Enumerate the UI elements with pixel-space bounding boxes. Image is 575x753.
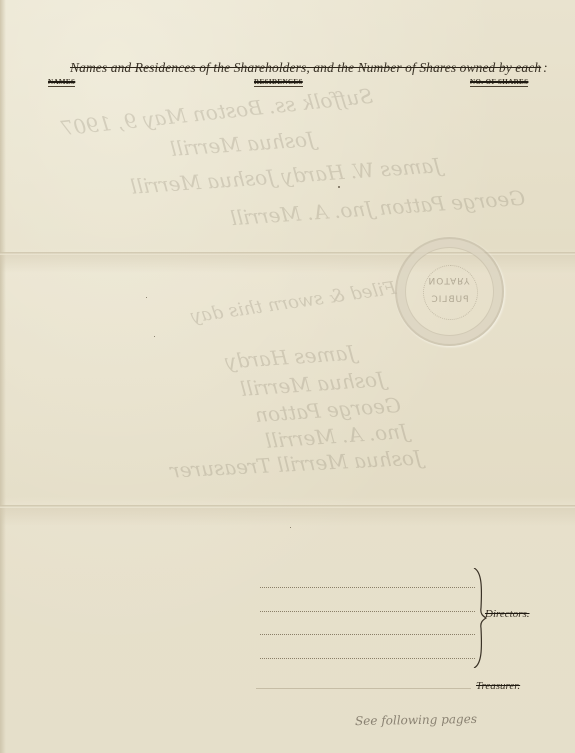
column-header-shares: NO. OF SHARES	[470, 78, 528, 87]
heading-text: Names and Residences of the Shareholders…	[70, 60, 541, 75]
shareholders-heading: Names and Residences of the Shareholders…	[70, 60, 520, 76]
directors-label: Directors.	[485, 608, 530, 620]
notary-seal-text-bottom: PUBLIC	[397, 295, 502, 305]
pencil-annotation: See following pages	[355, 712, 477, 728]
heading-colon: :	[543, 60, 548, 76]
paper-speck	[146, 297, 147, 298]
bleed-through-line: Joshua Merrill Treasurer	[170, 445, 423, 482]
director-signature-line	[260, 611, 475, 612]
document-page: Names and Residences of the Shareholders…	[0, 0, 575, 753]
bleed-through-line: George Patton Jno. A. Merrill	[230, 186, 526, 231]
paper-speck	[290, 527, 291, 528]
director-signature-line	[260, 634, 475, 635]
column-header-names: NAMES	[48, 78, 75, 87]
column-header-residences: RESIDENCES	[254, 78, 303, 87]
bleed-through-line: Suffolk ss. Boston May 9, 1907	[60, 84, 374, 141]
notary-seal: NOTARY PUBLIC	[395, 237, 504, 346]
paper-speck	[338, 186, 340, 188]
director-signature-line	[260, 658, 475, 659]
fold-shadow-lower	[0, 508, 575, 526]
paper-speck	[154, 336, 155, 337]
treasurer-label: Treasurer.	[476, 680, 520, 692]
bleed-through-line: Filed & sworn this day	[190, 278, 398, 328]
notary-seal-inner-ring	[423, 265, 478, 320]
bleed-through-line: Joshua Merrill	[169, 127, 315, 161]
bleed-through-line: James Hardy	[224, 340, 356, 373]
director-signature-line	[260, 587, 475, 588]
notary-seal-text-top: NOTARY	[397, 275, 502, 285]
page-edge	[0, 0, 6, 753]
treasurer-signature-line	[256, 688, 471, 689]
